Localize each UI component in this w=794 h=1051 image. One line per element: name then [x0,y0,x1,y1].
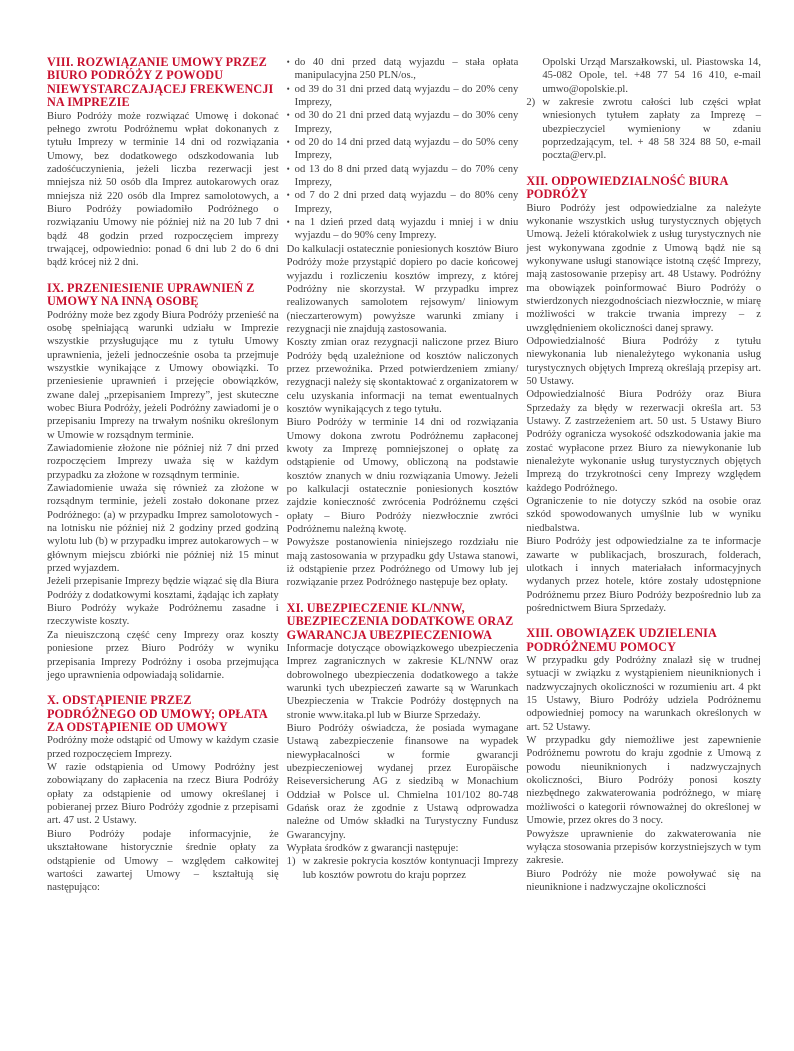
paragraph: W przypadku gdy Podróżny znalazł się w t… [526,654,761,734]
fee-list-item: od 20 do 14 dni przed datą wyjazdu – do … [287,136,519,163]
paragraph: Biuro Podróży jest odpowiedzialne za te … [526,535,761,615]
column-3: Opolski Urząd Marszałkowski, ul. Piastow… [526,56,761,907]
paragraph: Odpowiedzialność Biura Podróży z tytułu … [526,335,761,388]
fee-list-item: od 13 do 8 dni przed datą wyjazdu – do 7… [287,163,519,190]
list-item-continuation: Opolski Urząd Marszałkowski, ul. Piastow… [526,56,761,96]
section-heading: IX. PRZENIESIENIE UPRAWNIEŃ Z UMOWY NA I… [47,282,279,309]
section-x: X. ODSTĄPIENIE PRZEZ PODRÓŻNEGO OD UMOWY… [47,694,279,894]
guarantee-list: 2) w zakresie zwrotu całości lub części … [526,96,761,163]
paragraph: Wypłata środków z gwarancji następuje: [287,842,519,855]
paragraph: Powyższe uprawnienie do zakwaterowania n… [526,828,761,868]
paragraph: Zawiadomienie złożone nie później niż 7 … [47,442,279,482]
list-item-text: w zakresie pokrycia kosztów kontynuacji … [303,856,519,880]
paragraph: Informacje dotyczące obowiązkowego ubezp… [287,642,519,722]
paragraph: Zawiadomienie uważa się również za złożo… [47,482,279,575]
list-number: 2) [526,96,535,109]
paragraph: Powyższe postanowienia niniejszego rozdz… [287,536,519,589]
paragraph: Jeżeli przepisanie Imprezy będzie wiązać… [47,575,279,628]
fee-list-item: od 7 do 2 dni przed datą wyjazdu – do 80… [287,189,519,216]
section-heading: XII. ODPOWIEDZIALNOŚĆ BIURA PODRÓŻY [526,175,761,202]
section-xii: XII. ODPOWIEDZIALNOŚĆ BIURA PODRÓŻY Biur… [526,175,761,615]
fee-list-item: od 39 do 31 dni przed datą wyjazdu – do … [287,83,519,110]
guarantee-list: 1) w zakresie pokrycia kosztów kontynuac… [287,855,519,882]
guarantee-list-item: 2) w zakresie zwrotu całości lub części … [526,96,761,163]
section-ix: IX. PRZENIESIENIE UPRAWNIEŃ Z UMOWY NA I… [47,282,279,682]
paragraph: Biuro Podróży nie może powoływać się na … [526,868,761,895]
paragraph: Do kalkulacji ostatecznie poniesionych k… [287,243,519,336]
section-xi: XI. UBEZPIECZENIE KL/NNW, UBEZPIECZENIA … [287,602,519,882]
paragraph: Biuro Podróży oświadcza, że posiada wyma… [287,722,519,842]
paragraph: W razie odstąpienia od Umowy Podróżny je… [47,761,279,828]
column-2: do 40 dni przed datą wyjazdu – stała opł… [287,56,519,907]
section-heading: XIII. OBOWIĄZEK UDZIELENIA PODRÓŻNEMU PO… [526,627,761,654]
paragraph: Podróżny może bez zgody Biura Podróży pr… [47,309,279,442]
paragraph: W przypadku gdy niemożliwe jest zapewnie… [526,734,761,827]
guarantee-list-item: 1) w zakresie pokrycia kosztów kontynuac… [287,855,519,882]
fee-list-item: od 30 do 21 dni przed datą wyjazdu – do … [287,109,519,136]
section-x-continued: Do kalkulacji ostatecznie poniesionych k… [287,243,519,590]
list-item-text: w zakresie zwrotu całości lub części wpł… [542,97,761,161]
column-1: VIII. ROZWIĄZANIE UMOWY PRZEZ BIURO PODR… [47,56,279,907]
paragraph: Biuro Podróży podaje informacyjnie, że u… [47,828,279,895]
fee-list-item: na 1 dzień przed datą wyjazdu i mniej i … [287,216,519,243]
paragraph: Koszty zmian oraz rezygnacji naliczone p… [287,336,519,416]
paragraph: Za nieuiszczoną część ceny Imprezy oraz … [47,629,279,682]
paragraph: Odpowiedzialność Biura Podróży oraz Biur… [526,388,761,495]
paragraph: Ograniczenie to nie dotyczy szkód na oso… [526,495,761,535]
paragraph: Biuro Podróży w terminie 14 dni od rozwi… [287,416,519,536]
paragraph: Biuro Podróży jest odpowiedzialne za nal… [526,202,761,335]
section-xiii: XIII. OBOWIĄZEK UDZIELENIA PODRÓŻNEMU PO… [526,627,761,894]
document-page: VIII. ROZWIĄZANIE UMOWY PRZEZ BIURO PODR… [47,56,761,907]
fee-list: do 40 dni przed datą wyjazdu – stała opł… [287,56,519,243]
list-number: 1) [287,855,296,868]
section-heading: X. ODSTĄPIENIE PRZEZ PODRÓŻNEGO OD UMOWY… [47,694,279,734]
paragraph: Podróżny może odstąpić od Umowy w każdym… [47,734,279,761]
section-xi-continued: Opolski Urząd Marszałkowski, ul. Piastow… [526,56,761,163]
section-heading: VIII. ROZWIĄZANIE UMOWY PRZEZ BIURO PODR… [47,56,279,110]
section-heading: XI. UBEZPIECZENIE KL/NNW, UBEZPIECZENIA … [287,602,519,642]
fee-list-item: do 40 dni przed datą wyjazdu – stała opł… [287,56,519,83]
paragraph: Biuro Podróży może rozwiązać Umowę i dok… [47,110,279,270]
section-viii: VIII. ROZWIĄZANIE UMOWY PRZEZ BIURO PODR… [47,56,279,270]
